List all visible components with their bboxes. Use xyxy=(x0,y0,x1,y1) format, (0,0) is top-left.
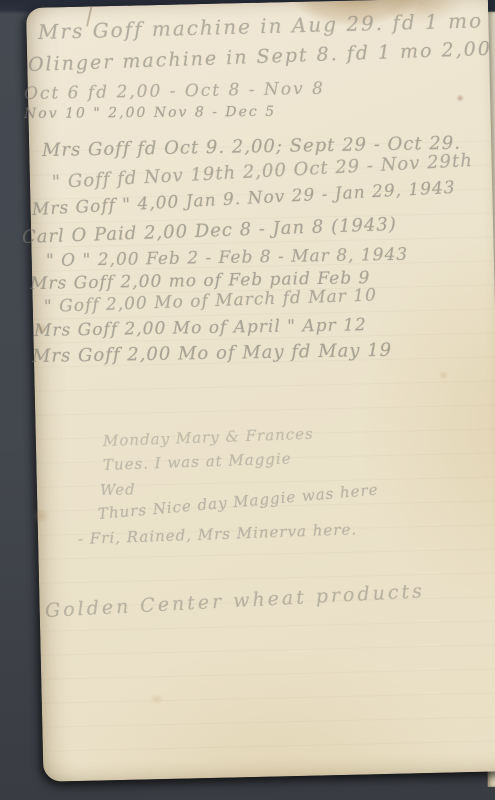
foxing-spot xyxy=(456,94,464,102)
diary-wednesday: Wed xyxy=(100,480,136,499)
notebook-photo: Mrs Goff machine in Aug 29. fd 1 mo Olin… xyxy=(0,0,495,800)
machine-entry-4: Nov 10 " 2,00 Nov 8 - Dec 5 xyxy=(24,104,276,122)
